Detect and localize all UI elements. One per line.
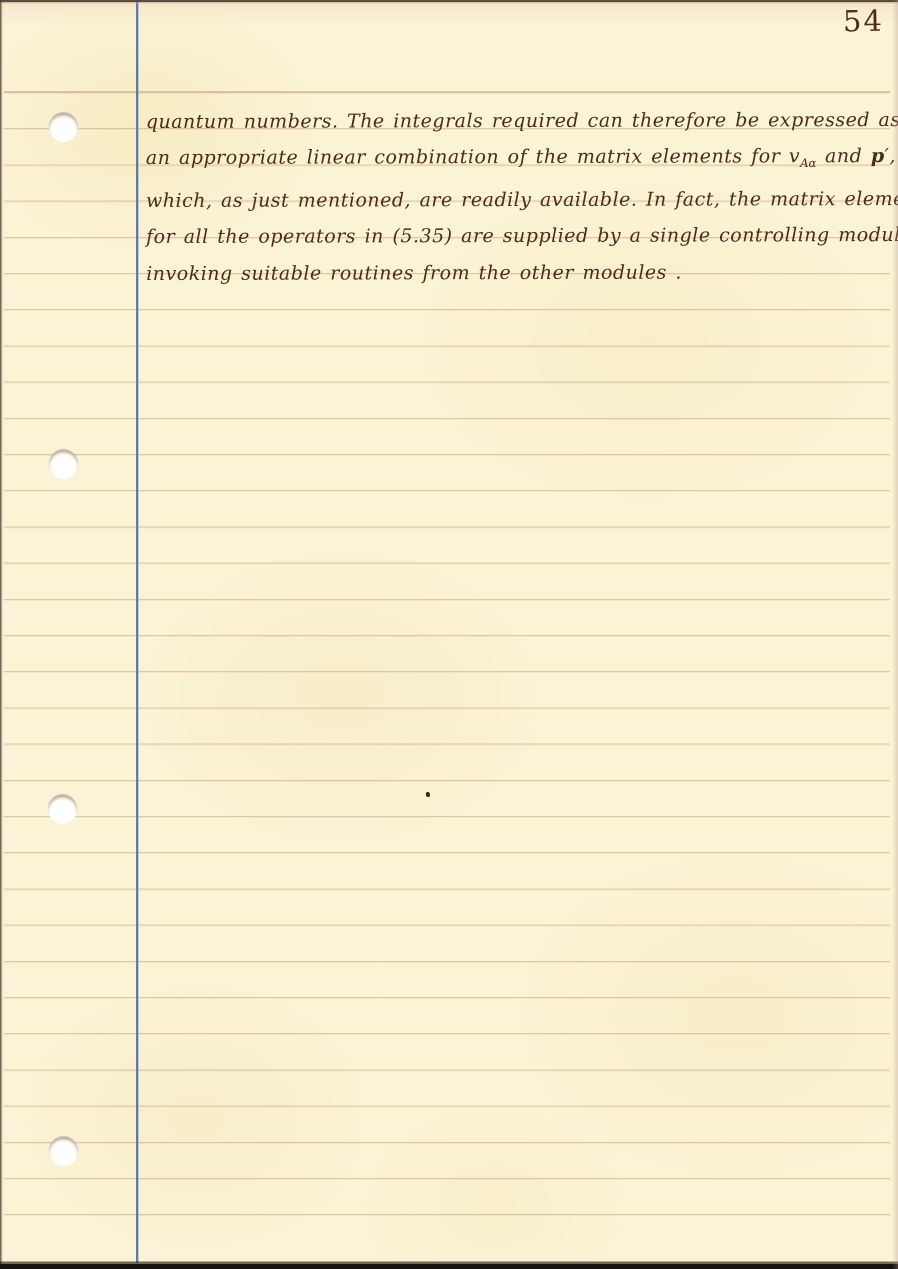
handwritten-line: quantum numbers. The integrals required … [146,102,892,140]
margin-line [136,0,138,1263]
handwritten-line: an appropriate linear combination of the… [146,138,892,183]
punch-hole [49,450,78,479]
page-number: 54 [843,4,884,39]
handwritten-line: for all the operators in (5.35) are supp… [146,217,892,255]
scan-edge-top [0,0,898,4]
scan-edge-bottom [0,1260,898,1269]
handwritten-line: which, as just mentioned, are readily av… [146,181,892,219]
ink-speck [426,792,430,797]
handwriting-block: quantum numbers. The integrals required … [146,102,892,292]
handwritten-line: invoking suitable routines from the othe… [146,254,892,292]
top-rule-line [4,91,890,93]
notebook-page: 54 quantum numbers. The integrals requir… [0,0,898,1269]
punch-hole [49,1137,78,1166]
punch-hole [48,795,77,824]
punch-hole [49,113,78,142]
scan-edge-left [0,0,3,1269]
